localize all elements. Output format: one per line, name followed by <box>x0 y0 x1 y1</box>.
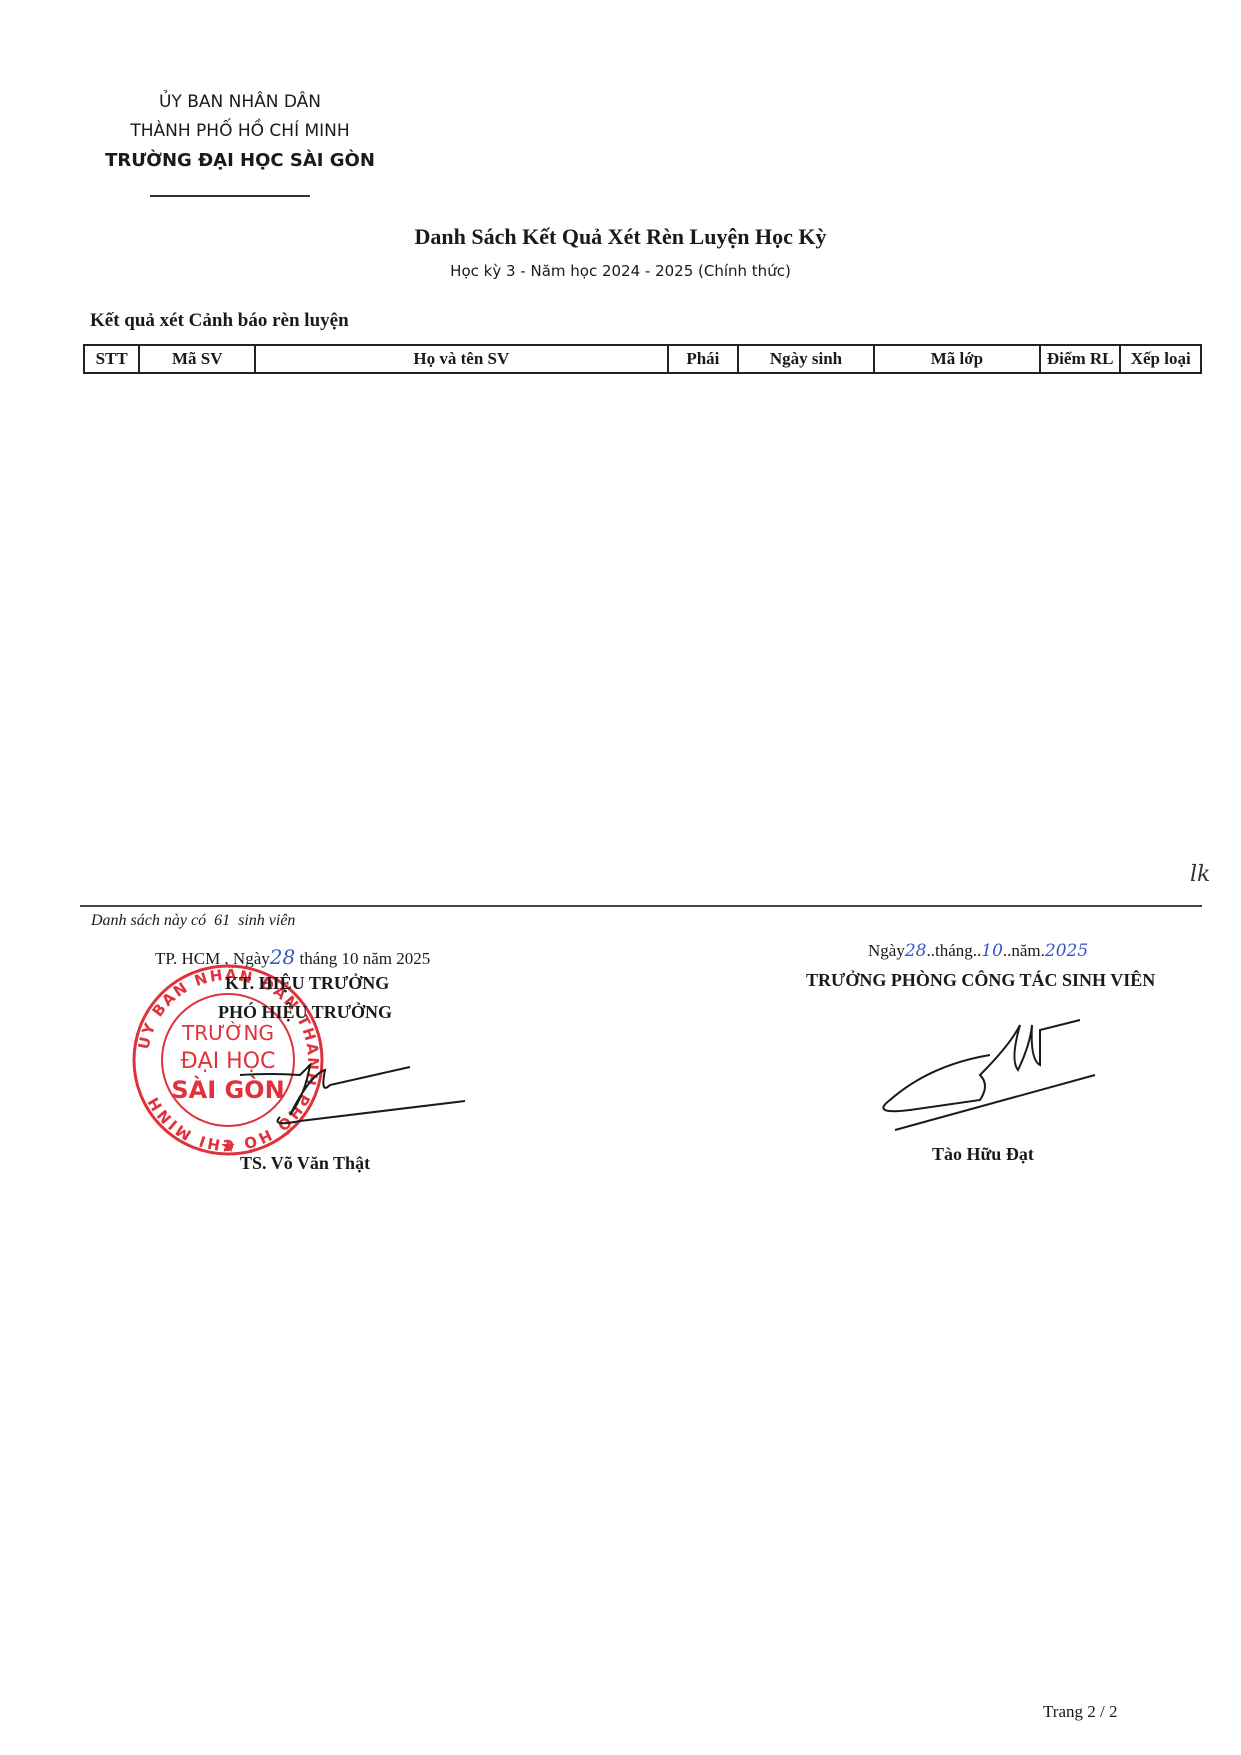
col-birth-date: Ngày sinh <box>738 345 874 373</box>
header-city: THÀNH PHỐ HỒ CHÍ MINH <box>80 121 400 141</box>
right-signature-date: Ngày28..tháng..10..năm.2025 <box>868 941 1088 961</box>
handwritten-month-right: 10 <box>981 941 1003 961</box>
left-role-line2: PHÓ HIỆU TRƯỞNG <box>218 1002 392 1023</box>
left-signer-name: TS. Võ Văn Thật <box>240 1153 370 1174</box>
right-signature-icon <box>870 1005 1100 1135</box>
page-number: Trang 2 / 2 <box>1043 1702 1117 1722</box>
col-student-id: Mã SV <box>139 345 255 373</box>
col-rank: Xếp loại <box>1120 345 1201 373</box>
header-authority: ỦY BAN NHÂN DÂN <box>80 92 400 112</box>
section-title: Kết quả xét Cảnh báo rèn luyện <box>90 310 349 332</box>
col-class-code: Mã lớp <box>874 345 1040 373</box>
student-count: Danh sách này có 61 sinh viên <box>91 912 295 930</box>
document-subtitle: Học kỳ 3 - Năm học 2024 - 2025 (Chính th… <box>0 262 1241 280</box>
handwritten-year-right: 2025 <box>1045 941 1088 961</box>
left-signature-icon <box>210 1055 480 1135</box>
svg-text:★: ★ <box>220 1136 236 1157</box>
right-signer-name: Tào Hữu Đạt <box>932 1144 1034 1165</box>
student-count-value: 61 <box>214 912 230 929</box>
col-stt: STT <box>84 345 139 373</box>
left-role-line1: KT. HIỆU TRƯỞNG <box>225 973 389 994</box>
handwritten-day-right: 28 <box>905 941 927 961</box>
right-role: TRƯỞNG PHÒNG CÔNG TÁC SINH VIÊN <box>806 970 1155 991</box>
header-university: TRƯỜNG ĐẠI HỌC SÀI GÒN <box>80 150 400 171</box>
col-score: Điểm RL <box>1040 345 1121 373</box>
results-table: STT Mã SV Họ và tên SV Phái Ngày sinh Mã… <box>83 344 1202 374</box>
col-gender: Phái <box>668 345 738 373</box>
table-header-row: STT Mã SV Họ và tên SV Phái Ngày sinh Mã… <box>84 345 1201 373</box>
svg-text:TRƯỜNG: TRƯỜNG <box>181 1021 274 1045</box>
document-title: Danh Sách Kết Quả Xét Rèn Luyện Học Kỳ <box>0 224 1241 250</box>
footer-divider <box>80 905 1202 907</box>
header-divider <box>150 195 310 197</box>
margin-initials: lk <box>1190 862 1210 887</box>
col-full-name: Họ và tên SV <box>255 345 668 373</box>
